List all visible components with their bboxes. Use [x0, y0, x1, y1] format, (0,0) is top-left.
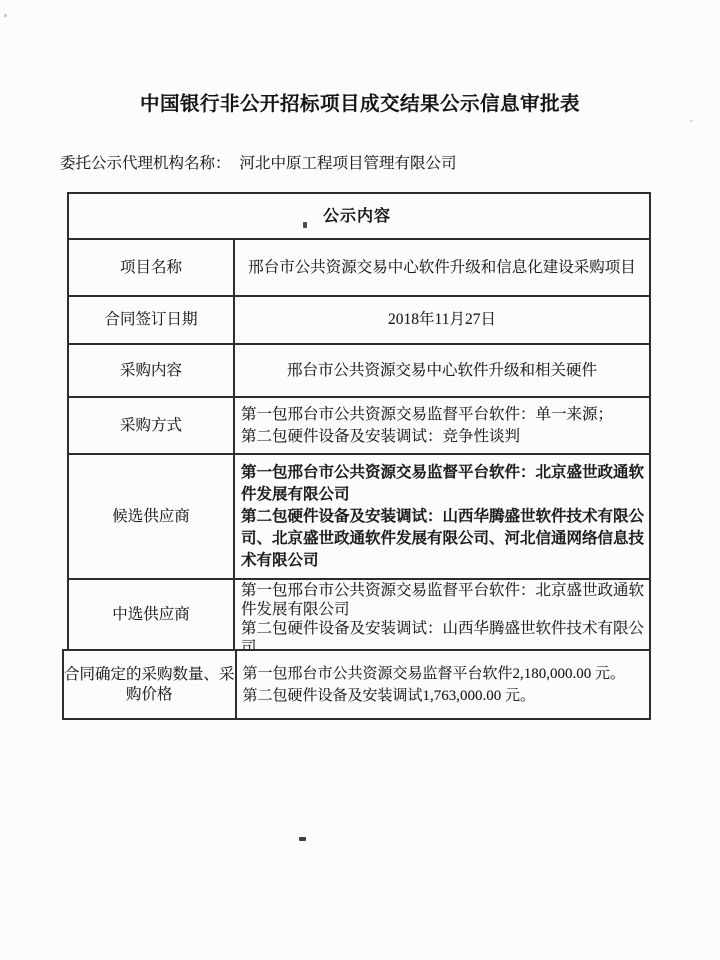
table-header-label: 公示内容 [323, 203, 391, 226]
agency-line: 委托公示代理机构名称：河北中原工程项目管理有限公司 [60, 151, 457, 173]
scan-speck [299, 837, 306, 841]
table-row-procurement-content: 采购内容 邢台市公共资源交易中心软件升级和相关硬件 [67, 343, 651, 398]
table-header-row: 公示内容 [67, 192, 651, 240]
row-value: 第一包邢台市公共资源交易监督平台软件：单一来源； 第二包硬件设备及安装调试：竞争… [235, 398, 649, 453]
scan-speck [4, 14, 7, 17]
row-label: 采购内容 [69, 345, 235, 396]
publicity-table: 公示内容 项目名称 邢台市公共资源交易中心软件升级和信息化建设采购项目 合同签订… [62, 192, 651, 720]
agency-label: 委托公示代理机构名称： [60, 155, 231, 172]
row-label: 合同确定的采购数量、采 购价格 [64, 651, 237, 718]
scan-speck [690, 120, 693, 122]
table-row-selected-supplier: 中选供应商 第一包邢台市公共资源交易监督平台软件：北京盛世政通软 件发展有限公司… [67, 578, 651, 651]
table-row-contract-date: 合同签订日期 2018年11月27日 [67, 295, 651, 345]
row-label: 中选供应商 [69, 580, 235, 649]
row-value: 邢台市公共资源交易中心软件升级和相关硬件 [235, 345, 649, 396]
page-title: 中国银行非公开招标项目成交结果公示信息审批表 [0, 88, 720, 116]
row-label: 项目名称 [69, 240, 235, 295]
scanned-document-page: { "page": { "title": "中国银行非公开招标项目成交结果公示信… [0, 0, 720, 960]
row-value: 邢台市公共资源交易中心软件升级和信息化建设采购项目 [235, 240, 649, 295]
scan-speck [303, 222, 307, 228]
row-value: 第一包邢台市公共资源交易监督平台软件：北京盛世政通软 件发展有限公司 第二包硬件… [235, 455, 649, 578]
table-row-procurement-method: 采购方式 第一包邢台市公共资源交易监督平台软件：单一来源； 第二包硬件设备及安装… [67, 396, 651, 455]
row-label: 候选供应商 [69, 455, 235, 578]
row-value: 第一包邢台市公共资源交易监督平台软件2,180,000.00 元。 第二包硬件设… [237, 651, 649, 718]
table-row-project-name: 项目名称 邢台市公共资源交易中心软件升级和信息化建设采购项目 [67, 238, 651, 297]
table-row-quantity-price: 合同确定的采购数量、采 购价格 第一包邢台市公共资源交易监督平台软件2,180,… [62, 649, 651, 720]
table-row-candidate-suppliers: 候选供应商 第一包邢台市公共资源交易监督平台软件：北京盛世政通软 件发展有限公司… [67, 453, 651, 580]
row-value: 第一包邢台市公共资源交易监督平台软件：北京盛世政通软 件发展有限公司 第二包硬件… [235, 580, 649, 649]
agency-name: 河北中原工程项目管理有限公司 [240, 155, 457, 172]
row-value: 2018年11月27日 [235, 297, 649, 343]
row-label: 合同签订日期 [69, 297, 235, 343]
row-label: 采购方式 [69, 398, 235, 453]
